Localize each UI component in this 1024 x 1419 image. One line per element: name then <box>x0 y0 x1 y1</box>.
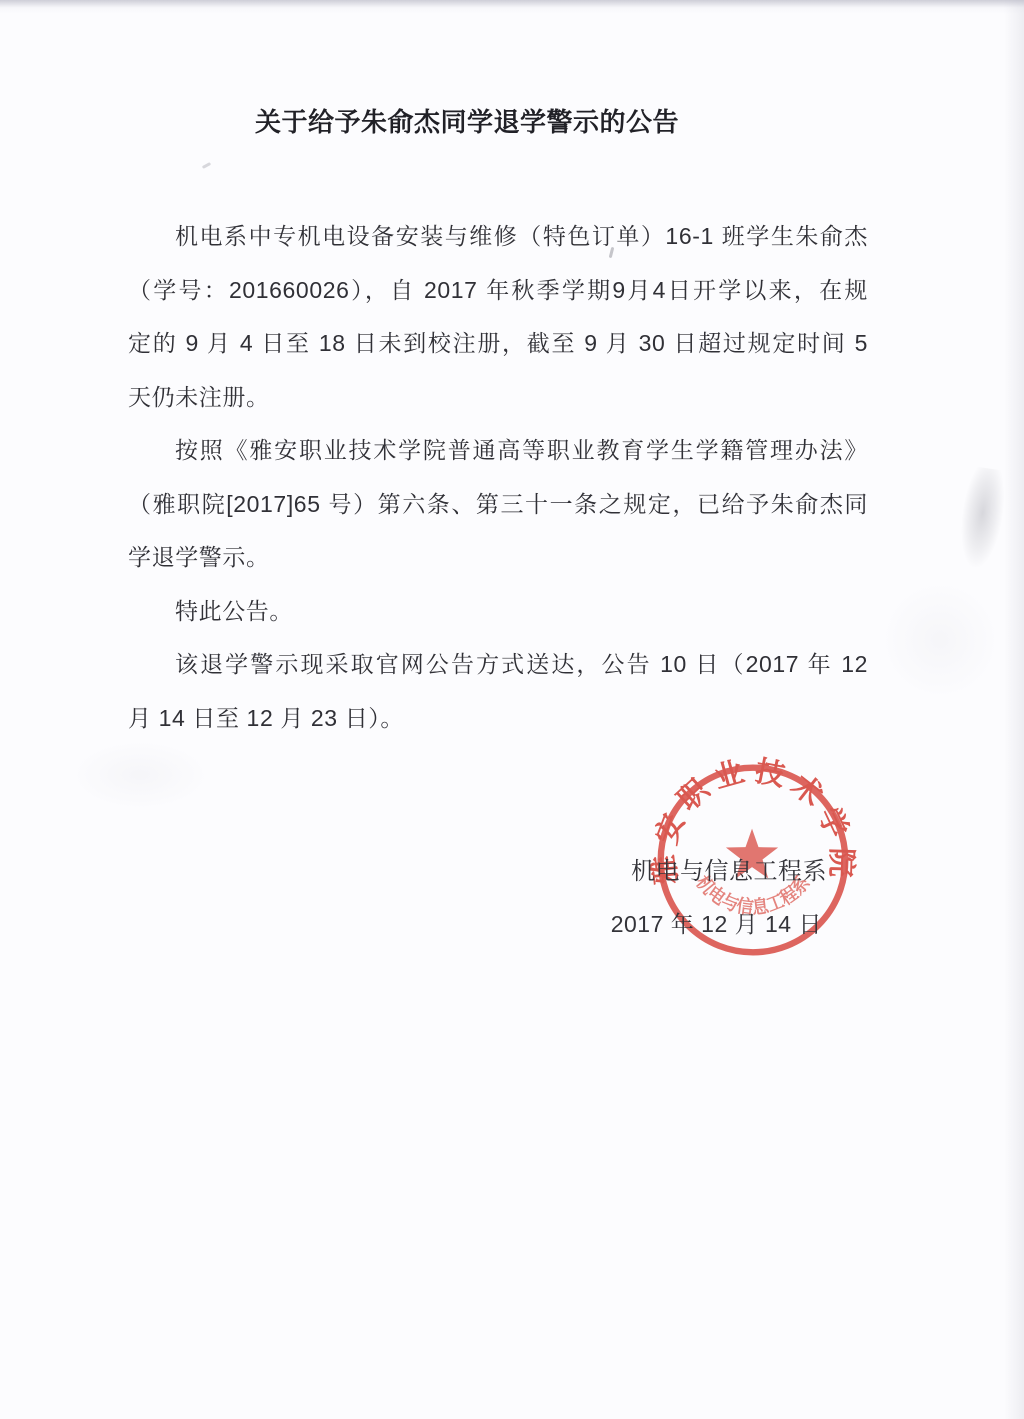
signature-department: 机电与信息工程系 <box>631 851 827 886</box>
body-line: 定的 9 月 4 日至 18 日未到校注册，截至 9 月 30 日超过规定时间 … <box>128 317 868 371</box>
body-line: 特此公告。 <box>128 585 868 639</box>
scan-edge-shadow-top <box>0 0 1024 14</box>
body-line: 该退学警示现采取官网公告方式送达，公告 10 日（2017 年 12 <box>128 638 868 692</box>
body-line: 月 14 日至 12 月 23 日）。 <box>128 692 868 746</box>
notice-body: 机电系中专机电设备安装与维修（特色订单）16-1 班学生朱俞杰 （学号：2016… <box>128 210 868 745</box>
scan-artifact-dash <box>202 162 211 169</box>
signature-date: 2017 年 12 月 14 日 <box>611 906 822 939</box>
scan-artifact-smudge <box>955 466 1009 571</box>
body-line: 机电系中专机电设备安装与维修（特色订单）16-1 班学生朱俞杰 <box>128 210 868 264</box>
scan-artifact-blob <box>880 580 1000 700</box>
scan-edge-shadow-right <box>1004 0 1024 1419</box>
notice-title: 关于给予朱俞杰同学退学警示的公告 <box>97 102 837 139</box>
body-line: （学号：201660026），自 2017 年秋季学期9月4日开学以来，在规 <box>128 264 868 318</box>
scan-artifact-blob <box>70 740 210 810</box>
scanned-notice-page: 关于给予朱俞杰同学退学警示的公告 机电系中专机电设备安装与维修（特色订单）16-… <box>0 0 1024 1419</box>
body-line: 学退学警示。 <box>128 531 868 585</box>
body-line: 按照《雅安职业技术学院普通高等职业教育学生学籍管理办法》 <box>128 424 868 478</box>
body-line: （雅职院[2017]65 号）第六条、第三十一条之规定，已给予朱俞杰同 <box>128 478 868 532</box>
body-line: 天仍未注册。 <box>128 371 868 425</box>
